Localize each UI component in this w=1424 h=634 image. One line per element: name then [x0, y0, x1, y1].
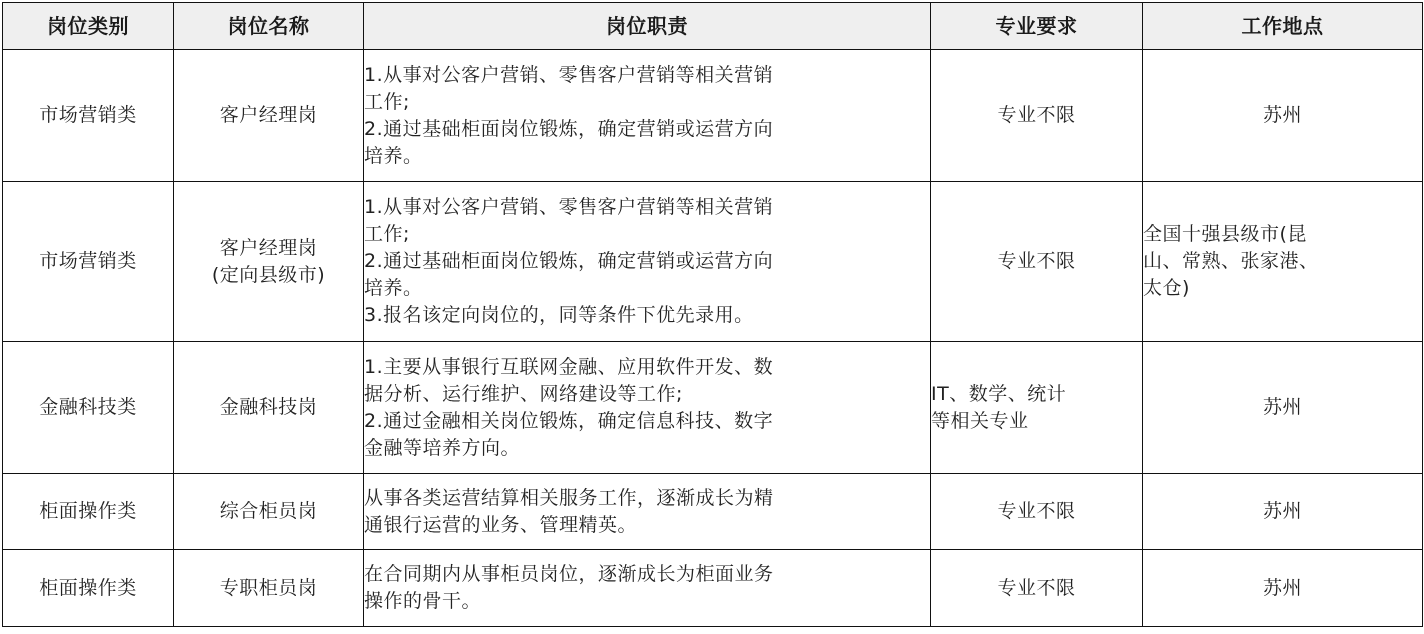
major-line: IT、数学、统计: [931, 381, 1142, 408]
cell-location: 苏州: [1143, 550, 1423, 627]
duty-line: 从事各类运营结算相关服务工作，逐渐成长为精: [364, 485, 930, 512]
table-header-row: 岗位类别 岗位名称 岗位职责 专业要求 工作地点: [3, 3, 1423, 50]
header-duty: 岗位职责: [364, 3, 931, 50]
header-name: 岗位名称: [174, 3, 364, 50]
name-line: 客户经理岗: [174, 102, 363, 129]
cell-location: 苏州: [1143, 474, 1423, 550]
duty-line: 据分析、运行维护、网络建设等工作;: [364, 381, 930, 408]
name-line: 专职柜员岗: [174, 575, 363, 602]
duty-line: 操作的骨干。: [364, 588, 930, 615]
cell-category: 市场营销类: [3, 182, 174, 342]
duty-line: 通银行运营的业务、管理精英。: [364, 512, 930, 539]
major-line: 专业不限: [939, 575, 1134, 602]
cell-major: 专业不限: [931, 550, 1143, 627]
location-line: 太仓): [1143, 275, 1422, 302]
table-row: 柜面操作类 专职柜员岗 在合同期内从事柜员岗位，逐渐成长为柜面业务 操作的骨干。…: [3, 550, 1423, 627]
header-category: 岗位类别: [3, 3, 174, 50]
duty-line: 1.从事对公客户营销、零售客户营销等相关营销: [364, 194, 930, 221]
cell-duty: 1.从事对公客户营销、零售客户营销等相关营销 工作; 2.通过基础柜面岗位锻炼，…: [364, 50, 931, 182]
job-table-container: 岗位类别 岗位名称 岗位职责 专业要求 工作地点 市场营销类 客户经理岗 1.从…: [2, 2, 1423, 627]
duty-line: 工作;: [364, 89, 930, 116]
cell-category: 柜面操作类: [3, 550, 174, 627]
duty-line: 在合同期内从事柜员岗位，逐渐成长为柜面业务: [364, 561, 930, 588]
duty-line: 1.主要从事银行互联网金融、应用软件开发、数: [364, 354, 930, 381]
major-line: 专业不限: [939, 102, 1134, 129]
table-row: 市场营销类 客户经理岗 (定向县级市) 1.从事对公客户营销、零售客户营销等相关…: [3, 182, 1423, 342]
location-line: 全国十强县级市(昆: [1143, 221, 1422, 248]
header-major: 专业要求: [931, 3, 1143, 50]
cell-category: 市场营销类: [3, 50, 174, 182]
cell-location: 全国十强县级市(昆 山、常熟、张家港、 太仓): [1143, 182, 1423, 342]
cell-category: 金融科技类: [3, 342, 174, 474]
cell-major: 专业不限: [931, 474, 1143, 550]
cell-name: 客户经理岗: [174, 50, 364, 182]
cell-duty: 从事各类运营结算相关服务工作，逐渐成长为精 通银行运营的业务、管理精英。: [364, 474, 931, 550]
name-line: 金融科技岗: [174, 394, 363, 421]
duty-line: 培养。: [364, 275, 930, 302]
location-line: 山、常熟、张家港、: [1143, 248, 1422, 275]
cell-major: 专业不限: [931, 182, 1143, 342]
location-line: 苏州: [1143, 394, 1422, 421]
duty-line: 培养。: [364, 143, 930, 170]
duty-line: 2.通过金融相关岗位锻炼，确定信息科技、数字: [364, 408, 930, 435]
duty-line: 3.报名该定向岗位的，同等条件下优先录用。: [364, 302, 930, 329]
table-row: 柜面操作类 综合柜员岗 从事各类运营结算相关服务工作，逐渐成长为精 通银行运营的…: [3, 474, 1423, 550]
major-line: 专业不限: [939, 498, 1134, 525]
name-line: (定向县级市): [174, 262, 363, 289]
duty-line: 金融等培养方向。: [364, 435, 930, 462]
location-line: 苏州: [1143, 102, 1422, 129]
cell-category: 柜面操作类: [3, 474, 174, 550]
name-line: 客户经理岗: [174, 235, 363, 262]
duty-line: 1.从事对公客户营销、零售客户营销等相关营销: [364, 62, 930, 89]
cell-name: 专职柜员岗: [174, 550, 364, 627]
cell-major: IT、数学、统计 等相关专业: [931, 342, 1143, 474]
location-line: 苏州: [1143, 575, 1422, 602]
table-row: 金融科技类 金融科技岗 1.主要从事银行互联网金融、应用软件开发、数 据分析、运…: [3, 342, 1423, 474]
cell-location: 苏州: [1143, 342, 1423, 474]
cell-major: 专业不限: [931, 50, 1143, 182]
duty-line: 2.通过基础柜面岗位锻炼，确定营销或运营方向: [364, 248, 930, 275]
cell-duty: 1.主要从事银行互联网金融、应用软件开发、数 据分析、运行维护、网络建设等工作;…: [364, 342, 931, 474]
cell-name: 金融科技岗: [174, 342, 364, 474]
cell-location: 苏州: [1143, 50, 1423, 182]
cell-duty: 在合同期内从事柜员岗位，逐渐成长为柜面业务 操作的骨干。: [364, 550, 931, 627]
major-line: 专业不限: [939, 248, 1134, 275]
location-line: 苏州: [1143, 498, 1422, 525]
job-positions-table: 岗位类别 岗位名称 岗位职责 专业要求 工作地点 市场营销类 客户经理岗 1.从…: [2, 2, 1423, 627]
header-location: 工作地点: [1143, 3, 1423, 50]
cell-duty: 1.从事对公客户营销、零售客户营销等相关营销 工作; 2.通过基础柜面岗位锻炼，…: [364, 182, 931, 342]
duty-line: 工作;: [364, 221, 930, 248]
table-row: 市场营销类 客户经理岗 1.从事对公客户营销、零售客户营销等相关营销 工作; 2…: [3, 50, 1423, 182]
name-line: 综合柜员岗: [174, 498, 363, 525]
duty-line: 2.通过基础柜面岗位锻炼，确定营销或运营方向: [364, 116, 930, 143]
cell-name: 客户经理岗 (定向县级市): [174, 182, 364, 342]
major-line: 等相关专业: [931, 408, 1142, 435]
cell-name: 综合柜员岗: [174, 474, 364, 550]
